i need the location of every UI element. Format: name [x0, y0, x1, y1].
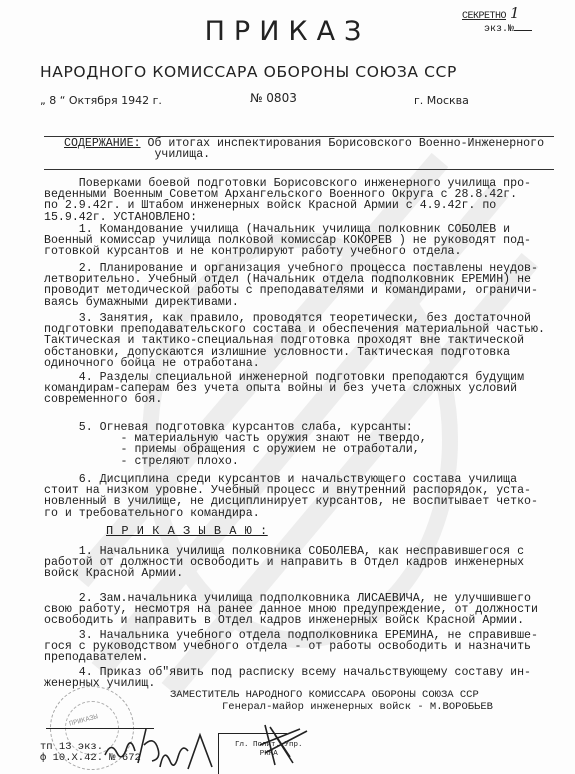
text-line: по 2.9.42г. и Штабом инженерных войск Кр… [44, 200, 531, 211]
text-line: одиночного бойца не отработана. [44, 358, 545, 369]
text-line: - стреляют плохо. [44, 456, 427, 467]
intro-paragraph: Поверками боевой подготовки Борисовского… [44, 178, 531, 223]
text-line: проводит методической работы с преподава… [44, 285, 538, 296]
signatory-name: Генерал-майор инженерных войск - М.ВОРОБ… [222, 701, 493, 713]
text-line: преподавателем. [44, 652, 538, 663]
text-line: ваясь бумажными директивами. [44, 297, 538, 308]
order-number: № 0803 [250, 91, 297, 105]
finding-1: 1. Командование училища (Начальник учили… [44, 224, 531, 258]
order-4: 4. Приказ об"явить под расписку всему на… [44, 667, 531, 689]
order-3: 3. Начальника учебного отдела подполковн… [44, 630, 538, 664]
text-line: готовкой курсантов и не контролируют раб… [44, 246, 531, 257]
text-line: женерных училищ. [44, 678, 531, 689]
content-summary: СОДЕРЖАНИЕ: Об итогах инспектирования Бо… [64, 138, 544, 160]
content-text-2: училища. [64, 148, 210, 161]
text-line: - приемы обращения с оружием не отработа… [44, 444, 427, 455]
text-line: 15.9.42г. УСТАНОВЛЕНО: [44, 212, 531, 223]
finding-6: 6. Дисциплина среди курсантов и начальст… [44, 474, 538, 519]
secrecy-stamp: СЕКРЕТНО1 экз.№ [462, 8, 532, 35]
text-line: освободить и направить в Отдел кадров ин… [44, 615, 538, 626]
order-document: ПРИКАЗ СЕКРЕТНО1 экз.№ НАРОДНОГО КОМИССА… [0, 0, 575, 774]
order-1: 1. Начальника училища полковника СОБОЛЕВ… [44, 546, 524, 580]
document-subtitle: НАРОДНОГО КОМИССАРА ОБОРОНЫ СОЮЗА ССР [40, 63, 457, 81]
registry-note: тп 13 экз. ф 10.X.42. № 672 [40, 742, 141, 764]
registry-line-2: ф 10.X.42. № 672 [40, 752, 141, 764]
copy-underline [514, 22, 532, 31]
copy-number: 1 [510, 4, 520, 22]
finding-3: 3. Занятия, как правило, проводятся теор… [44, 313, 545, 369]
text-line: современного боя. [44, 394, 524, 405]
text-line: новленный в училище, не дисциплинирует к… [44, 496, 538, 507]
signatory-position: ЗАМЕСТИТЕЛЬ НАРОДНОГО КОМИССАРА ОБОРОНЫ … [170, 689, 479, 701]
finding-2: 2. Планирование и организация учебного п… [44, 263, 538, 308]
order-date: „ 8 “ Октября 1942 г. [40, 94, 162, 107]
order-2: 2. Зам.начальника училища подполковника … [44, 593, 538, 627]
divider-bottom [44, 169, 554, 170]
secrecy-label: СЕКРЕТНО [462, 11, 506, 22]
text-line: войск Красной Армии. [44, 568, 524, 579]
order-city: г. Москва [414, 94, 469, 107]
approval-stamp: Гл. Полит. Упр. РККА [235, 741, 303, 759]
copy-label: экз.№ [484, 24, 514, 35]
text-line: Тактическая и тактико-специальная подгот… [44, 335, 545, 346]
finding-4: 4. Разделы специальной инженерной подгот… [44, 372, 524, 406]
approval-stamp-line2: РККА [235, 750, 303, 759]
text-line: го и требовательного командира. [44, 508, 538, 519]
order-heading: П Р И К А З Ы В А Ю : [106, 524, 268, 538]
approval-stamp-line1: Гл. Полит. Упр. [235, 741, 303, 750]
finding-5: 5. Огневая подготовка курсантов слаба, к… [44, 422, 427, 467]
